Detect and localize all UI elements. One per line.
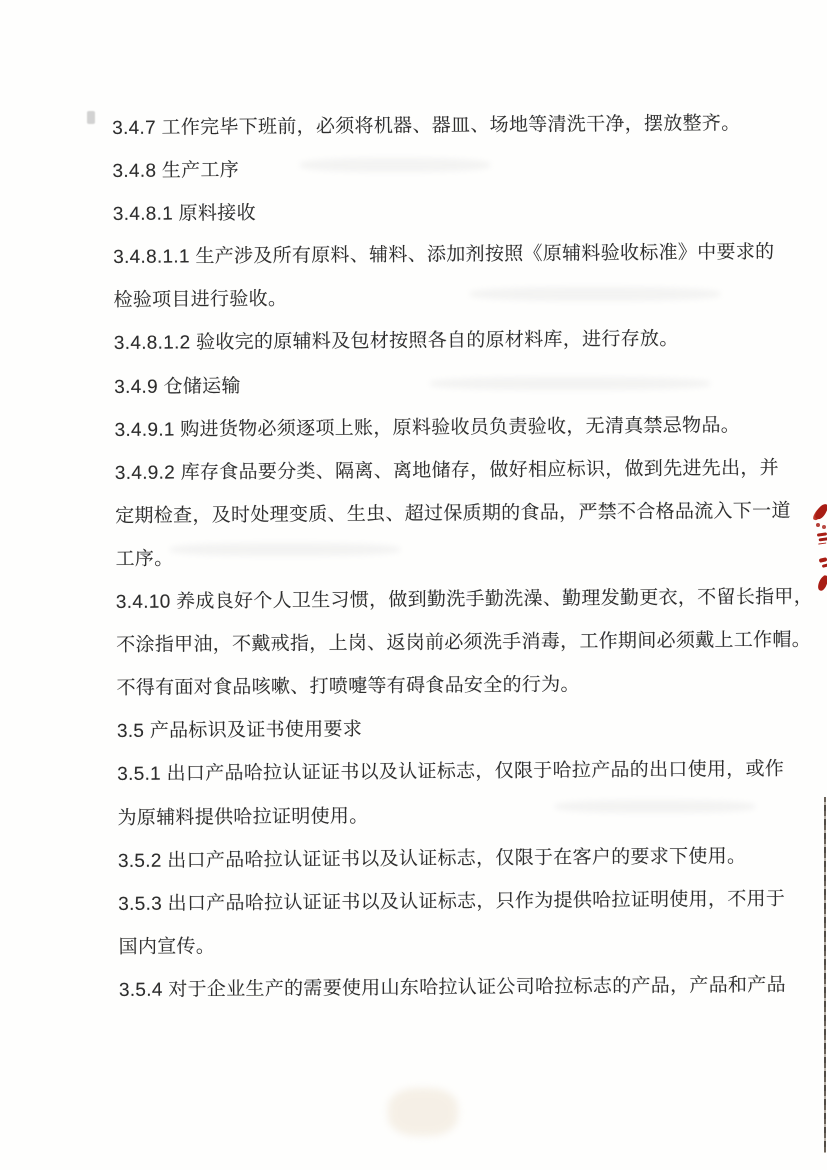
doc-line: 定期检查，及时处理变质、生虫、超过保质期的食品，严禁不合格品流入下一道 xyxy=(115,490,775,538)
doc-line: 3.5.3 出口产品哈拉认证证书以及认证标志，只作为提供哈拉证明使用，不用于 xyxy=(118,877,778,925)
red-ink-mark xyxy=(816,523,820,527)
doc-line: 不得有面对食品咳嗽、打喷嚏等有碍食品安全的行为。 xyxy=(116,662,776,710)
red-ink-mark xyxy=(814,502,827,521)
doc-line: 3.4.9.2 库存食品要分类、隔离、离地储存，做好相应标识，做到先进先出，并 xyxy=(115,447,775,495)
doc-line: 国内宣传。 xyxy=(118,921,778,969)
doc-line: 工序。 xyxy=(115,533,775,581)
doc-line: 3.5.1 出口产品哈拉认证证书以及认证标志，仅限于哈拉产品的出口使用，或作 xyxy=(117,748,777,796)
scanned-document-page: 3.4.7 工作完毕下班前，必须将机器、器皿、场地等清洗干净，摆放整齐。 3.4… xyxy=(0,0,827,1170)
doc-line: 3.4.8.1.1 生产涉及所有原料、辅料、添加剂按照《原辅料验收标准》中要求的 xyxy=(113,231,773,279)
doc-line: 为原辅料提供哈拉证明使用。 xyxy=(117,791,777,839)
doc-line: 3.4.10 养成良好个人卫生习惯，做到勤洗手勤洗澡、勤理发勤更衣，不留长指甲， xyxy=(116,576,776,624)
red-ink-mark xyxy=(817,532,827,536)
red-ink-mark xyxy=(822,525,826,529)
doc-line: 3.4.7 工作完毕下班前，必须将机器、器皿、场地等清洗干净，摆放整齐。 xyxy=(112,102,772,150)
doc-line: 3.5.4 对于企业生产的需要使用山东哈拉认证公司哈拉标志的产品，产品和产品 xyxy=(119,964,779,1012)
scan-smudge xyxy=(430,377,710,390)
scan-smudge xyxy=(470,287,720,301)
scan-smudge xyxy=(555,800,755,813)
red-ink-mark xyxy=(817,574,827,592)
doc-line: 不涂指甲油，不戴戒指，上岗、返岗前必须洗手消毒，工作期间必须戴上工作帽。 xyxy=(116,619,776,667)
red-ink-mark xyxy=(819,557,827,562)
scan-smudge xyxy=(388,1088,458,1136)
scan-smudge xyxy=(300,158,490,172)
doc-line: 3.4.8.1 原料接收 xyxy=(113,188,773,236)
doc-line: 3.4.9.1 购进货物必须逐项上账，原料验收员负责验收，无清真禁忌物品。 xyxy=(114,403,774,451)
doc-line: 3.5 产品标识及证书使用要求 xyxy=(117,705,777,753)
doc-line: 3.4.8.1.2 验收完的原辅料及包材按照各自的原材料库，进行存放。 xyxy=(114,317,774,365)
scan-edge-line xyxy=(824,797,826,1153)
scan-smudge xyxy=(170,543,400,556)
document-body: 3.4.7 工作完毕下班前，必须将机器、器皿、场地等清洗干净，摆放整齐。 3.4… xyxy=(112,102,779,1012)
scan-smudge xyxy=(87,111,95,124)
doc-line: 3.5.2 出口产品哈拉认证证书以及认证标志，仅限于在客户的要求下使用。 xyxy=(118,834,778,882)
